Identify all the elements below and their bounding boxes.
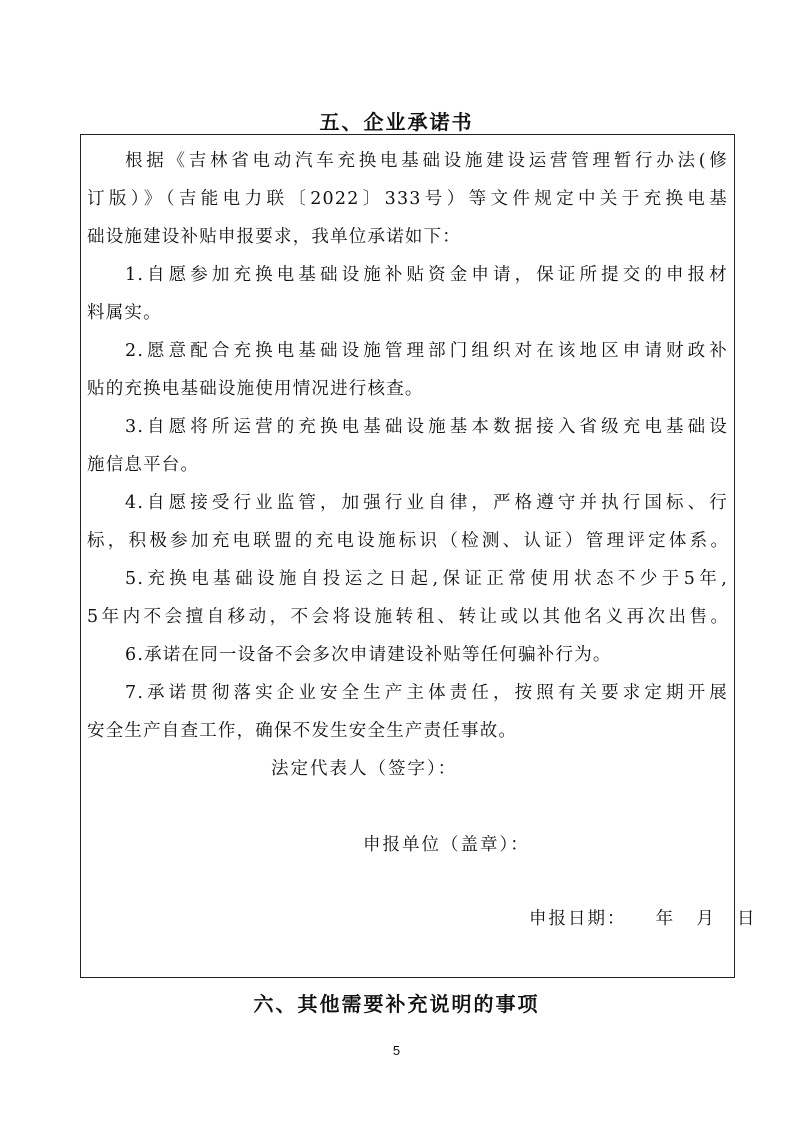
legal-rep-signature-label: 法定代表人（签字）：: [271, 755, 457, 780]
text-line: 安全生产自查工作，确保不发生安全生产责任事故。: [87, 717, 728, 742]
text-line: 7.承诺贯彻落实企业安全生产主体责任，按照有关要求定期开展: [125, 679, 728, 704]
text-line: 标，积极参加充电联盟的充电设施标识（检测、认证）管理评定体系。: [87, 527, 728, 552]
report-date-row: 申报日期： 年 月 日: [529, 905, 756, 930]
text-line: 1.自愿参加充换电基础设施补贴资金申请，保证所提交的申报材: [125, 261, 728, 286]
text-line: 料属实。: [87, 299, 728, 324]
text-line: 根据《吉林省电动汽车充换电基础设施建设运营管理暂行办法(修: [125, 147, 728, 172]
text-line: 5.充换电基础设施自投运之日起,保证正常使用状态不少于5年,: [125, 565, 728, 590]
unit-seal-label: 申报单位（盖章）：: [363, 831, 530, 856]
text-line: 订版）》（吉能电力联〔2022〕333号）等文件规定中关于充换电基: [87, 185, 728, 210]
text-line: 4.自愿接受行业监管，加强行业自律，严格遵守并执行国标、行: [125, 489, 728, 514]
date-month: 月: [696, 909, 716, 929]
date-day: 日: [737, 909, 757, 929]
text-line: 2.愿意配合充换电基础设施管理部门组织对在该地区申请财政补: [125, 337, 728, 362]
text-line: 5年内不会擅自移动，不会将设施转租、转让或以其他名义再次出售。: [87, 603, 728, 628]
report-date-label: 申报日期：: [529, 909, 627, 929]
date-year: 年: [656, 909, 676, 929]
text-line: 贴的充换电基础设施使用情况进行核查。: [87, 375, 728, 400]
section6-title: 六、其他需要补充说明的事项: [0, 988, 793, 1017]
text-line: 施信息平台。: [87, 451, 728, 476]
text-line: 础设施建设补贴申报要求，我单位承诺如下：: [87, 223, 728, 248]
text-line: 6.承诺在同一设备不会多次申请建设补贴等任何骗补行为。: [125, 641, 728, 666]
section5-title: 五、企业承诺书: [0, 106, 793, 135]
text-line: 3.自愿将所运营的充换电基础设施基本数据接入省级充电基础设: [125, 413, 728, 438]
commitment-box: 根据《吉林省电动汽车充换电基础设施建设运营管理暂行办法(修 订版）》（吉能电力联…: [80, 134, 735, 978]
page-number: 5: [0, 1043, 793, 1058]
